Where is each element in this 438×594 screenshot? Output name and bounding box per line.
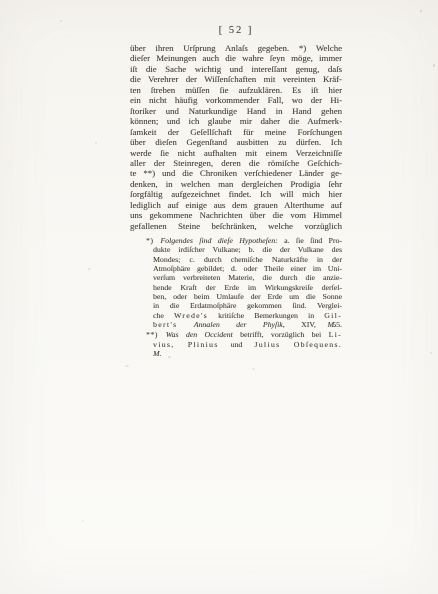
- scan-speck: [433, 64, 435, 67]
- text-line: dieſer Meinungen auch die wahre ſeyn mög…: [130, 53, 342, 63]
- text-segment: über ihren Urſprung Anlaſs gegeben. *) W…: [130, 43, 342, 53]
- text-line: ein nicht häufig vorkommender Fall, wo d…: [130, 95, 342, 105]
- text-line: uns gekommene Nachrichten über die vom H…: [130, 210, 342, 220]
- text-segment: Annalen der Phyſik: [194, 320, 283, 329]
- text-segment: Atmoſphäre gebildet; d. oder Theile eine…: [153, 264, 342, 273]
- text-segment: Was den Occident: [166, 330, 233, 339]
- text-segment: Li-: [329, 330, 342, 339]
- scan-speck: [125, 365, 129, 367]
- text-segment: [177, 320, 193, 329]
- text-line: vius, Plinius und Julius Obſequens.: [146, 340, 342, 349]
- text-segment: vius, Plinius: [153, 340, 219, 349]
- text-segment: Gil-: [324, 311, 342, 320]
- text-line: Atmoſphäre gebildet; d. oder Theile eine…: [146, 264, 342, 273]
- text-line: che Wrede's kritiſche Bemerkungen in Gil…: [146, 311, 342, 320]
- text-line: über dieſen Gegenſtand ausbitten zu dürf…: [130, 137, 342, 147]
- text-line: können; und ich glaube mir daher die Auf…: [130, 116, 342, 126]
- text-segment: a. ſie ſind Pro-: [278, 236, 342, 245]
- text-line: bert's Annalen der Phyſik, XIV, 55.M.: [146, 320, 342, 329]
- scan-speck: [430, 352, 432, 354]
- text-segment: aller der Steinregen, deren die römiſche…: [130, 158, 342, 168]
- text-segment: gefallenen Steine beſchränken, welche vo…: [130, 221, 342, 231]
- text-segment: werde ſie nicht aufhalten mit einem Verz…: [130, 148, 342, 158]
- text-segment: lediglich auf einige aus dem grauen Alte…: [130, 200, 342, 210]
- text-segment: hende Kraft der Erde im Wirkungskreiſe d…: [153, 283, 342, 292]
- text-segment: M.: [153, 349, 161, 358]
- text-line: hende Kraft der Erde im Wirkungskreiſe d…: [146, 283, 342, 292]
- text-segment: Mondes; c. durch chemiſche Naturkräfte i…: [153, 255, 342, 264]
- text-segment: denken, in welchen man dergleichen Prodi…: [130, 179, 342, 189]
- text-line: dukte irdiſcher Vulkane; b. die der Vulk…: [146, 245, 342, 254]
- text-line: werde ſie nicht aufhalten mit einem Verz…: [130, 148, 342, 158]
- text-segment: ten ſtreben müſſen ſie aufzuklären. Es i…: [130, 85, 342, 95]
- text-segment: und: [219, 340, 255, 349]
- text-segment: bert's: [153, 320, 177, 329]
- text-line: te **) und die Chroniken verſchiedener L…: [130, 168, 342, 178]
- text-segment: iſt die Sache wichtig und intereſſant ge…: [130, 64, 342, 74]
- text-line: die Verehrer der Wiſſenſchaften mit vere…: [130, 74, 342, 84]
- footnotes-section: *) Folgendes ſind dieſe Hypotheſen: a. ſ…: [146, 236, 342, 358]
- text-segment: Folgendes ſind dieſe Hypotheſen:: [160, 236, 277, 245]
- footnote-marker: **): [146, 330, 166, 339]
- text-line: **) Was den Occident betrifft, vorzüglic…: [146, 330, 342, 339]
- text-segment: te **) und die Chroniken verſchiedener L…: [130, 168, 342, 178]
- text-segment: dukte irdiſcher Vulkane; b. die der Vulk…: [153, 245, 342, 254]
- text-segment: betrifft, vorzüglich bei: [233, 330, 329, 339]
- text-line: ben, oder beim Umlaufe der Erde um die S…: [146, 292, 342, 301]
- footnote-hypotheses: *) Folgendes ſind dieſe Hypotheſen: a. ſ…: [146, 236, 342, 329]
- text-line: gefallenen Steine beſchränken, welche vo…: [130, 221, 342, 231]
- text-line: ſtoriker und Naturkundige Hand in Hand g…: [130, 106, 342, 116]
- text-line: in die Erdatmoſphäre gekommen ſind. Verg…: [146, 301, 342, 310]
- text-segment: kritiſche Bemerkungen in: [208, 311, 324, 320]
- text-segment: ſamkeit der Geſellſchaft für meine Forſc…: [130, 127, 342, 137]
- text-line: denken, in welchen man dergleichen Prodi…: [130, 179, 342, 189]
- text-line: iſt die Sache wichtig und intereſſant ge…: [130, 64, 342, 74]
- page-number-header: [ 52 ]: [130, 25, 342, 36]
- text-segment: ſorgfältig aufgezeichnet findet. Ich wil…: [130, 189, 342, 199]
- scan-speck: [420, 10, 422, 12]
- text-segment: Wrede's: [174, 311, 208, 320]
- text-segment: ben, oder beim Umlaufe der Erde um die S…: [153, 292, 342, 301]
- text-segment: uns gekommene Nachrichten über die vom H…: [130, 210, 342, 220]
- main-paragraph: über ihren Urſprung Anlaſs gegeben. *) W…: [130, 43, 342, 231]
- scan-speck: [60, 20, 62, 22]
- text-segment: über dieſen Gegenſtand ausbitten zu dürf…: [130, 137, 342, 147]
- text-segment: ſtoriker und Naturkundige Hand in Hand g…: [130, 106, 342, 116]
- text-line: ſamkeit der Geſellſchaft für meine Forſc…: [130, 127, 342, 137]
- text-segment: ein nicht häufig vorkommender Fall, wo d…: [130, 95, 342, 105]
- text-line: aller der Steinregen, deren die römiſche…: [130, 158, 342, 168]
- text-segment: können; und ich glaube mir daher die Auf…: [130, 116, 342, 126]
- text-line: über ihren Urſprung Anlaſs gegeben. *) W…: [130, 43, 342, 53]
- text-line: M.: [146, 349, 342, 358]
- text-segment: verſum verbreiteten Materie, die durch d…: [153, 273, 342, 282]
- text-line: ten ſtreben müſſen ſie aufzuklären. Es i…: [130, 85, 342, 95]
- footnote-marker: *): [146, 236, 160, 245]
- text-line: *) Folgendes ſind dieſe Hypotheſen: a. ſ…: [146, 236, 342, 245]
- text-segment: che: [153, 311, 174, 320]
- scanned-book-page: [ 52 ] über ihren Urſprung Anlaſs gegebe…: [0, 0, 438, 594]
- text-line: Mondes; c. durch chemiſche Naturkräfte i…: [146, 255, 342, 264]
- scan-speck: [252, 368, 255, 370]
- text-line: ſorgfältig aufgezeichnet findet. Ich wil…: [130, 189, 342, 199]
- signature-initial: M.: [328, 320, 336, 329]
- text-segment: die Verehrer der Wiſſenſchaften mit vere…: [130, 74, 342, 84]
- text-segment: Julius Obſequens.: [254, 340, 342, 349]
- scan-speck: [82, 520, 84, 522]
- footnote-occident: **) Was den Occident betrifft, vorzüglic…: [146, 330, 342, 358]
- text-line: verſum verbreiteten Materie, die durch d…: [146, 273, 342, 282]
- text-segment: in die Erdatmoſphäre gekommen ſind. Verg…: [153, 301, 342, 310]
- text-line: lediglich auf einige aus dem grauen Alte…: [130, 200, 342, 210]
- text-segment: dieſer Meinungen auch die wahre ſeyn mög…: [130, 53, 342, 63]
- scan-speck: [88, 268, 91, 270]
- scan-speck: [95, 142, 97, 144]
